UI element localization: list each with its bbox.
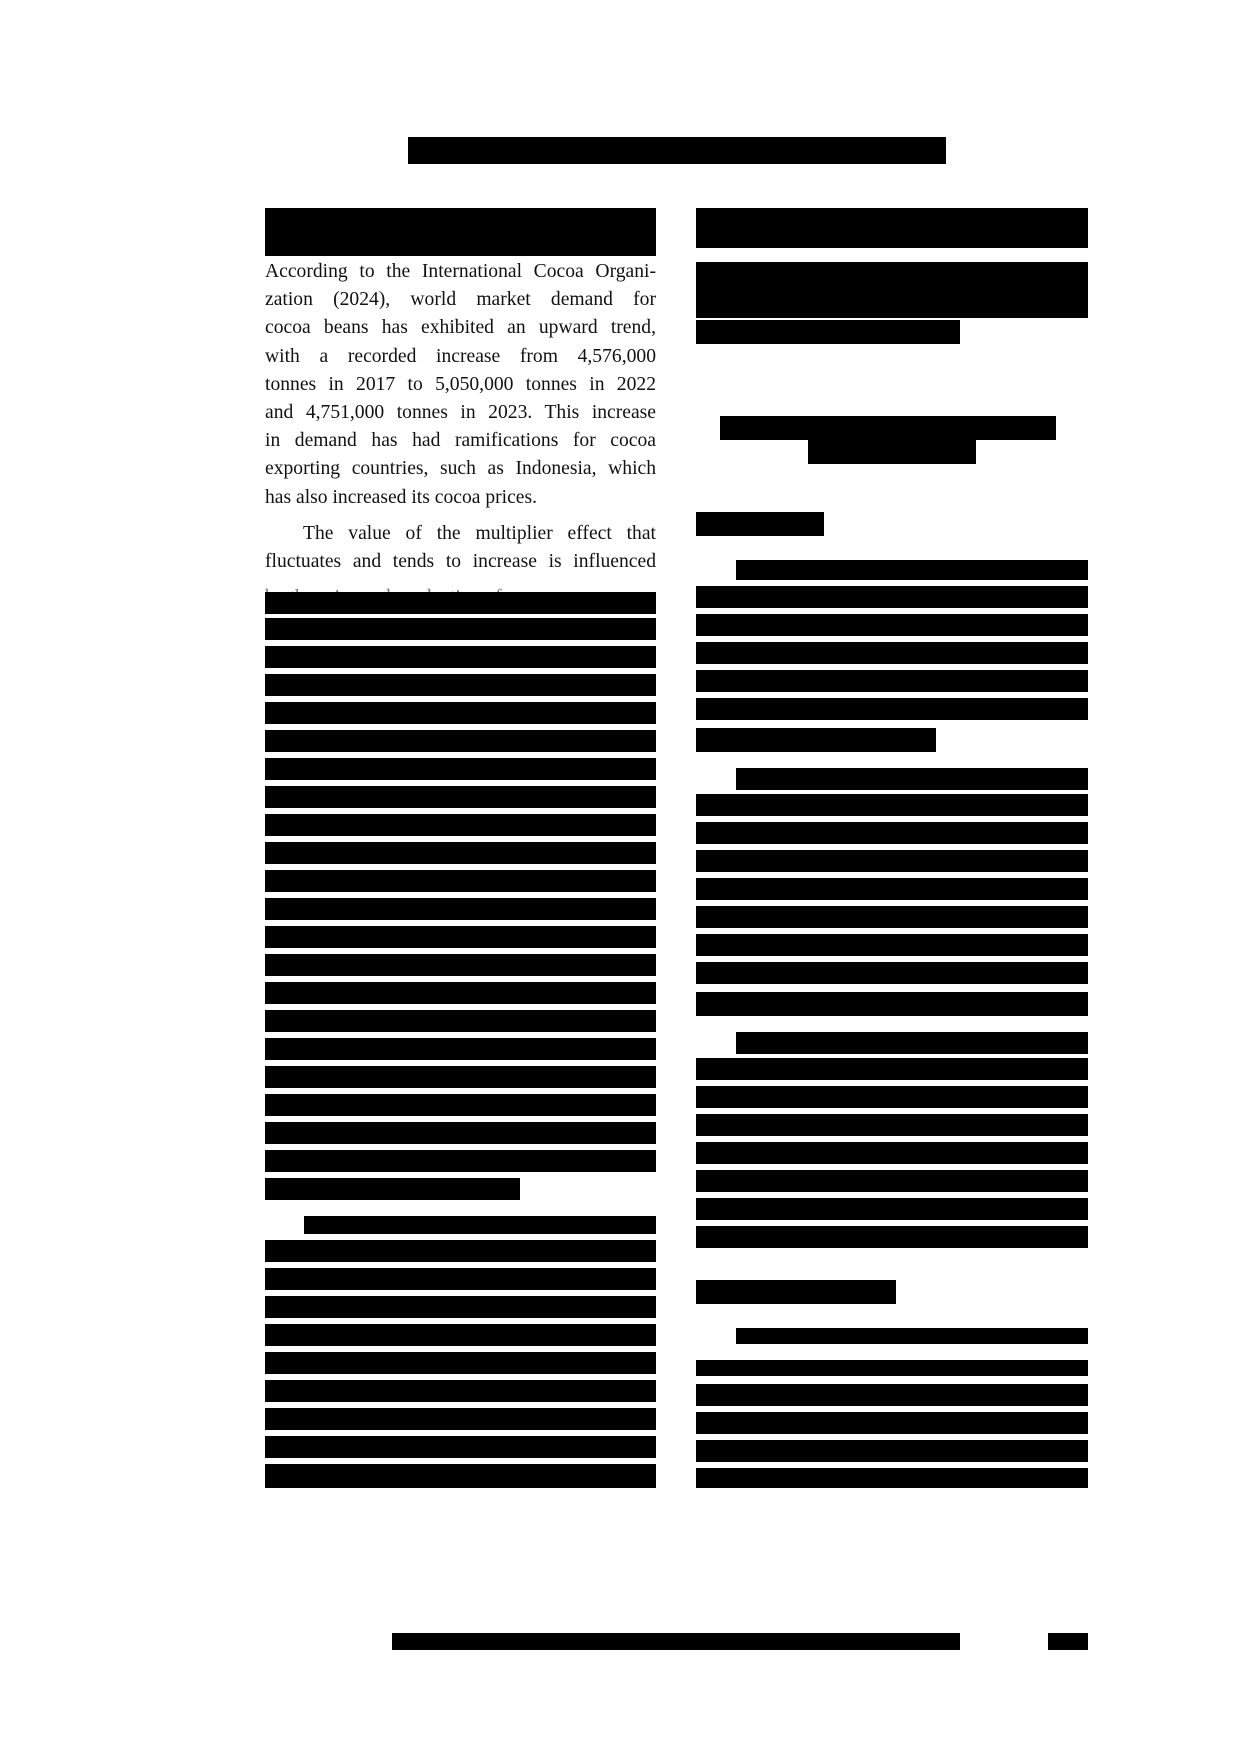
right-subheading-2 xyxy=(696,1280,896,1304)
text-line: The value of the multiplier effect that xyxy=(265,520,656,548)
paragraph-intro: According to the International Cocoa Org… xyxy=(265,258,656,512)
text-line: fluctuates and tends to increase is infl… xyxy=(265,548,656,576)
left-section-heading xyxy=(265,208,656,256)
right-subheading-1 xyxy=(696,512,824,536)
text-line: exporting countries, such as Indonesia, … xyxy=(265,455,656,483)
page-number xyxy=(1048,1633,1088,1650)
text-line: tonnes in 2017 to 5,050,000 tonnes in 20… xyxy=(265,371,656,399)
paragraph-multiplier: The value of the multiplier effect that … xyxy=(265,520,656,576)
text-line: has also increased its cocoa prices. xyxy=(265,484,656,512)
running-footer xyxy=(392,1633,960,1650)
text-line: in demand has had ramifications for coco… xyxy=(265,427,656,455)
text-line: According to the International Cocoa Org… xyxy=(265,258,656,286)
text-line: and 4,751,000 tonnes in 2023. This incre… xyxy=(265,399,656,427)
running-header xyxy=(408,137,946,164)
text-line: zation (2024), world market demand for xyxy=(265,286,656,314)
text-line: with a recorded increase from 4,576,000 xyxy=(265,343,656,371)
text-line: cocoa beans has exhibited an upward tren… xyxy=(265,314,656,342)
left-body-text: According to the International Cocoa Org… xyxy=(265,258,656,576)
